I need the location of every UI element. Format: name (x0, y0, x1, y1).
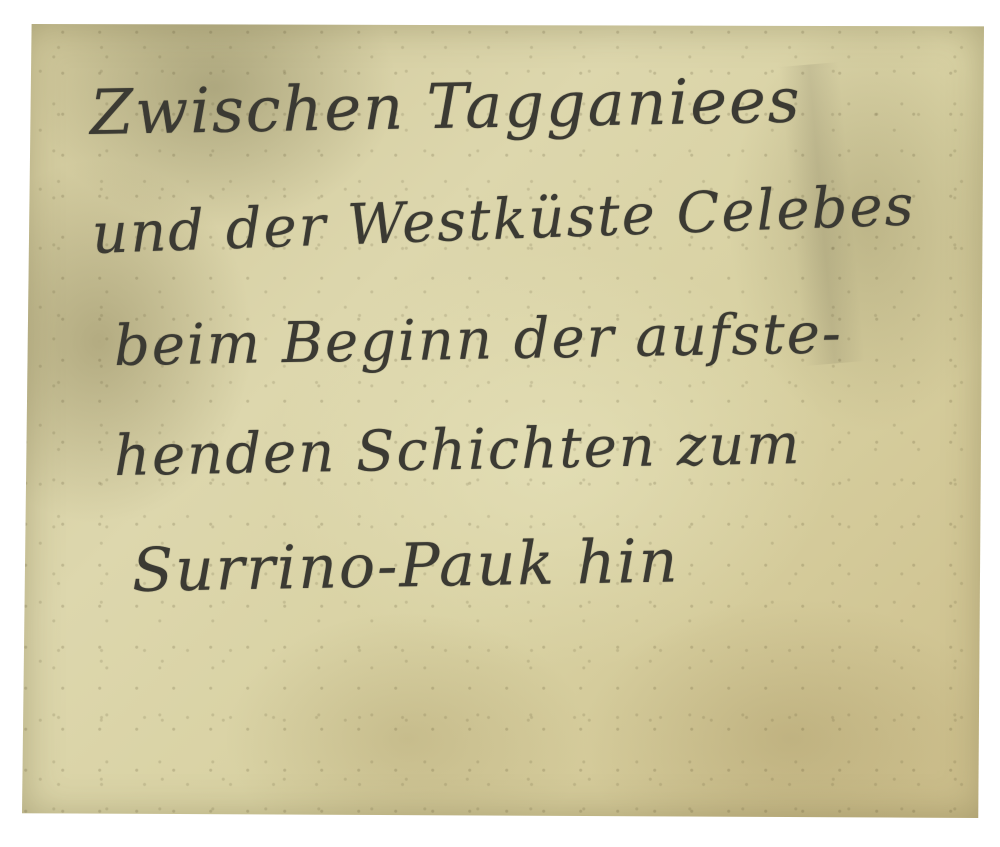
handwritten-line-1: Zwischen Tagganiees (89, 64, 802, 149)
paper-note: Zwischen Tagganiees und der Westküste Ce… (22, 24, 984, 818)
handwritten-line-3: beim Beginn der aufste- (113, 301, 843, 379)
handwritten-line-4: henden Schichten zum (113, 412, 801, 489)
photo-stage: Zwischen Tagganiees und der Westküste Ce… (0, 0, 1000, 847)
handwritten-line-5: Surrino-Pauk hin (131, 526, 679, 606)
